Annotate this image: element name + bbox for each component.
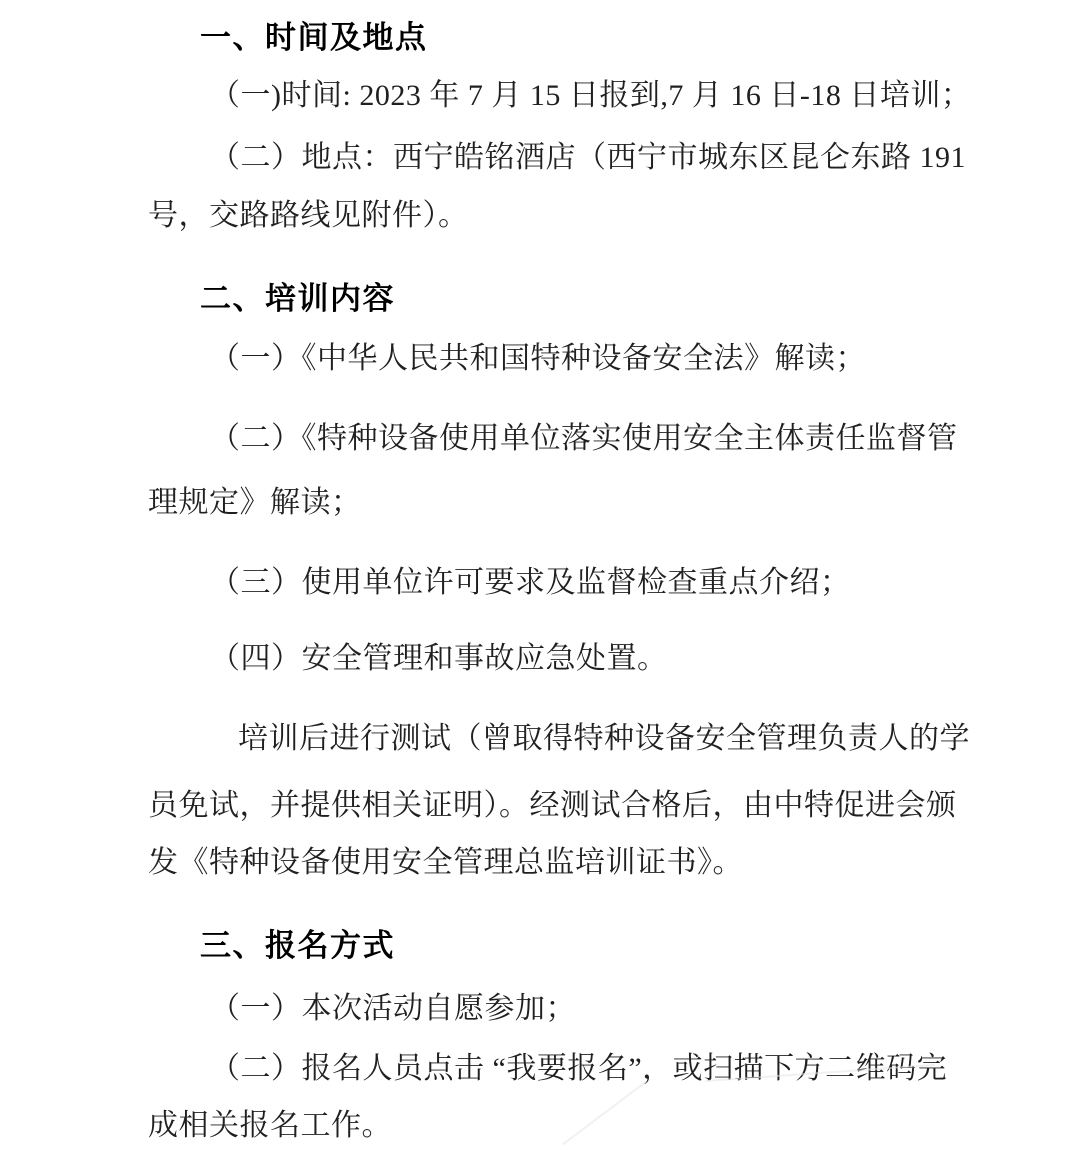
text-line: （一）本次活动自愿参加； [148, 989, 968, 1029]
document-page: 一、时间及地点（一)时间: 2023 年 7 月 15 日报到,7 月 16 日… [0, 0, 1088, 1153]
text-line: 发《特种设备使用安全管理总监培训证书》。 [148, 843, 968, 883]
text-line: （二）《特种设备使用单位落实使用安全主体责任监督管 [148, 419, 968, 459]
text-line: 理规定》解读； [148, 483, 968, 523]
text-line: 员免试，并提供相关证明）。经测试合格后，由中特促进会颁 [148, 786, 968, 826]
text-line: 成相关报名工作。 [148, 1106, 968, 1146]
text-line: （四）安全管理和事故应急处置。 [148, 639, 968, 679]
text-line: 培训后进行测试（曾取得特种设备安全管理负责人的学 [148, 719, 968, 759]
text-line: （一）《中华人民共和国特种设备安全法》解读； [148, 339, 968, 379]
section-heading: 三、报名方式 [148, 926, 968, 966]
text-line: 号，交路路线见附件）。 [148, 196, 968, 236]
section-heading: 二、培训内容 [148, 279, 968, 319]
text-line: （一)时间: 2023 年 7 月 15 日报到,7 月 16 日-18 日培训… [148, 76, 968, 116]
text-line: （二）报名人员点击 “我要报名”，或扫描下方二维码完 [148, 1049, 968, 1089]
text-line: （二）地点：西宁皓铭酒店（西宁市城东区昆仑东路 191 [148, 138, 968, 178]
text-line: （三）使用单位许可要求及监督检查重点介绍； [148, 563, 968, 603]
section-heading: 一、时间及地点 [148, 18, 968, 58]
